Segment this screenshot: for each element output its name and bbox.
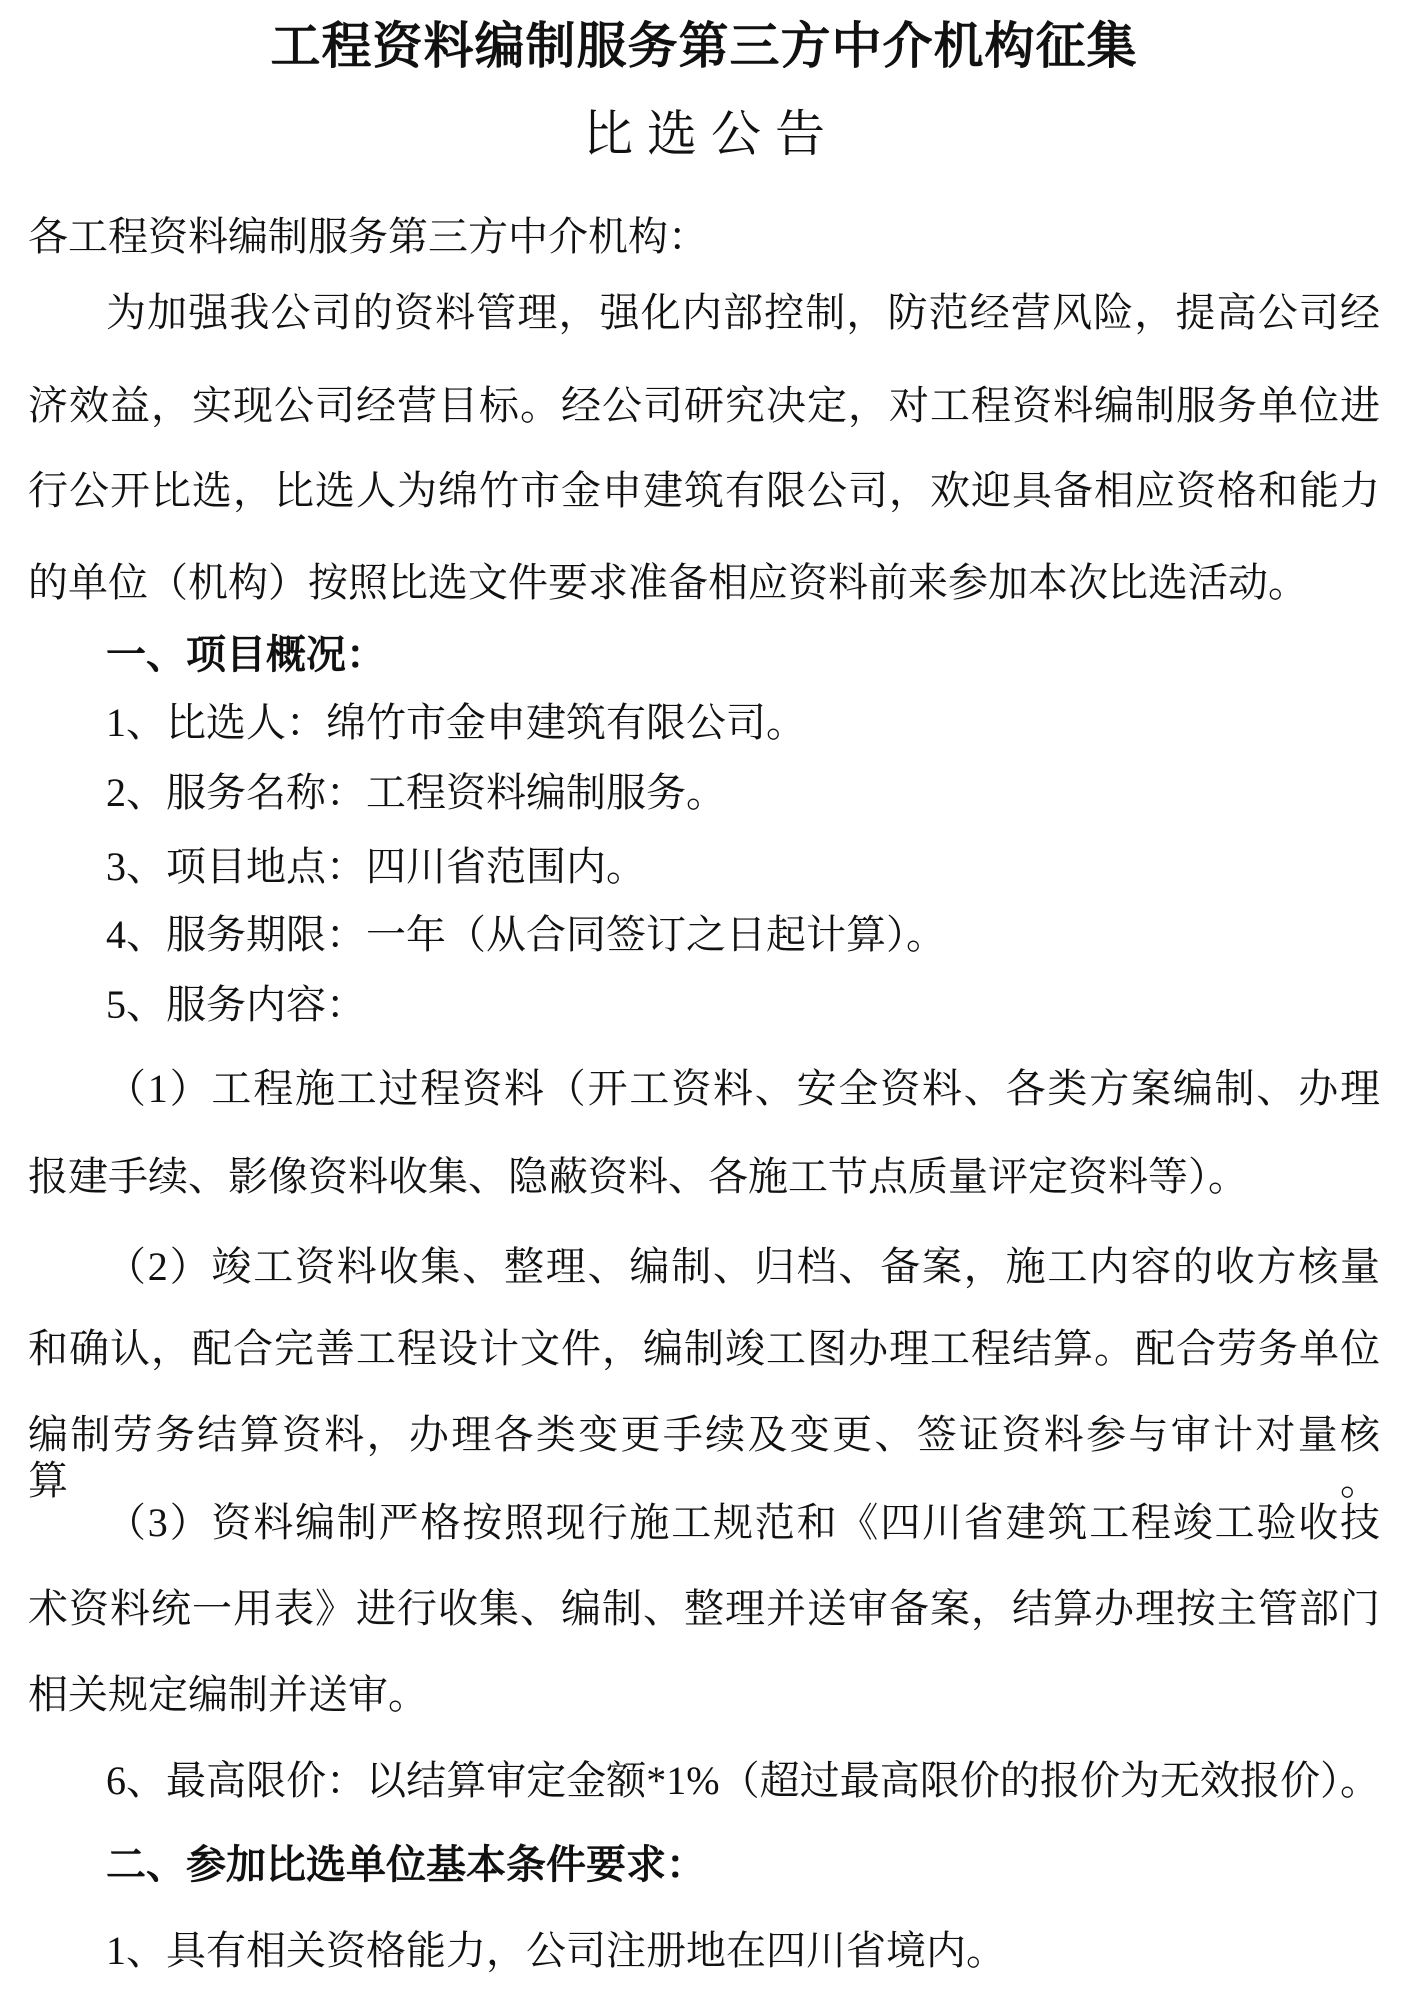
section1-item6: 6、最高限价：以结算审定金额*1%（超过最高限价的报价为无效报价）。 <box>28 1758 1380 1804</box>
section2-heading: 二、参加比选单位基本条件要求： <box>28 1842 1380 1888</box>
section1-heading: 一、项目概况： <box>28 632 1380 678</box>
section2-item1: 1、具有相关资格能力，公司注册地在四川省境内。 <box>28 1928 1380 1974</box>
section1-sub1-line2: 报建手续、影像资料收集、隐蔽资料、各施工节点质量评定资料等）。 <box>28 1154 1380 1200</box>
intro-paragraph-line1: 为加强我公司的资料管理，强化内部控制，防范经营风险，提高公司经 <box>28 290 1380 336</box>
section1-item4: 4、服务期限：一年（从合同签订之日起计算）。 <box>28 912 1380 958</box>
section1-sub3-line3: 相关规定编制并送审。 <box>28 1672 1380 1718</box>
intro-paragraph-line4: 的单位（机构）按照比选文件要求准备相应资料前来参加本次比选活动。 <box>28 560 1380 606</box>
scanned-document-page: 工程资料编制服务第三方中介机构征集 比选公告 各工程资料编制服务第三方中介机构：… <box>0 0 1406 1994</box>
section1-sub2-line2: 和确认，配合完善工程设计文件，编制竣工图办理工程结算。配合劳务单位 <box>28 1326 1380 1372</box>
document-title-line1: 工程资料编制服务第三方中介机构征集 <box>28 18 1380 74</box>
section1-sub3-line2: 术资料统一用表》进行收集、编制、整理并送审备案，结算办理按主管部门 <box>28 1586 1380 1632</box>
salutation-line: 各工程资料编制服务第三方中介机构： <box>28 214 1380 260</box>
section1-sub3-line1: （3）资料编制严格按照现行施工规范和《四川省建筑工程竣工验收技 <box>28 1500 1380 1546</box>
section1-sub2-line3: 编制劳务结算资料，办理各类变更手续及变更、签证资料参与审计对量核算。 <box>28 1412 1380 1504</box>
section1-item5: 5、服务内容： <box>28 982 1380 1028</box>
intro-paragraph-line3: 行公开比选，比选人为绵竹市金申建筑有限公司，欢迎具备相应资格和能力 <box>28 468 1380 514</box>
section1-sub2-line1: （2）竣工资料收集、整理、编制、归档、备案，施工内容的收方核量 <box>28 1244 1380 1290</box>
intro-paragraph-line2: 济效益，实现公司经营目标。经公司研究决定，对工程资料编制服务单位进 <box>28 383 1380 429</box>
section1-item3: 3、项目地点：四川省范围内。 <box>28 844 1380 890</box>
section1-item1: 1、比选人：绵竹市金申建筑有限公司。 <box>28 700 1380 746</box>
section1-item2: 2、服务名称：工程资料编制服务。 <box>28 770 1380 816</box>
section1-sub1-line1: （1）工程施工过程资料（开工资料、安全资料、各类方案编制、办理 <box>28 1066 1380 1112</box>
document-title-line2: 比选公告 <box>28 106 1380 162</box>
